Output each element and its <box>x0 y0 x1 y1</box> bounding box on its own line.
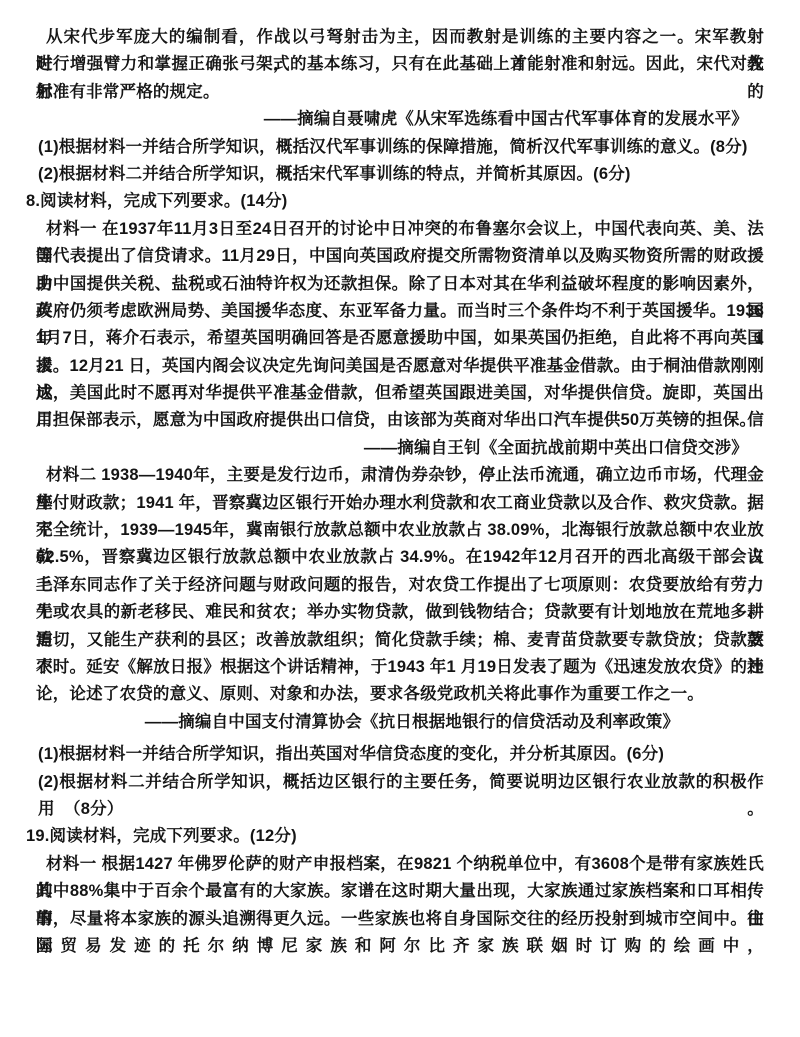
text-line: 62.5%，晋察冀边区银行放款总额中农业放款占 34.9%。在1942年12月召… <box>36 544 764 571</box>
text-line: 农时。延安《解放日报》根据这个讲话精神，于1943 年1 月19日发表了题为《迅… <box>36 654 764 681</box>
text-line: 材料二 1938—1940年，主要是发行边币，肃清伪券杂钞，停止法币流通，确立边… <box>36 462 764 489</box>
question-19-material-1: 材料一 根据1427 年佛罗伦萨的财产申报档案，在9821 个纳税单位中，有36… <box>36 851 764 961</box>
text-line: 迫切，又能生产获利的县区；改善放款组织；简化贷款手续；棉、麦青苗贷款要专款贷放；… <box>36 627 764 654</box>
text-line: 国代表提出了信贷请求。11月29日，中国向英国政府提交所需物资清单以及购买物资所… <box>36 243 764 270</box>
text-line: 政府仍须考虑欧洲局势、美国援华态度、东亚军备力量。而当时三个条件均不利于英国援华… <box>36 298 764 325</box>
exam-page: 从宋代步军庞大的编制看，作战以弓弩射击为主，因而教射是训练的主要内容之一。宋军教… <box>0 0 800 1037</box>
question-17-continuation: 从宋代步军庞大的编制看，作战以弓弩射击为主，因而教射是训练的主要内容之一。宋军教… <box>36 24 764 188</box>
text-line: 论，论述了农贷的意义、原则、对象和办法，要求各级党政机关将此事作为重要工作之一。 <box>36 681 764 708</box>
sub-question-2: (2)根据材料二并结合所学知识，概括宋代军事训练的特点，并简析其原因。(6分) <box>38 161 764 188</box>
question-18-items: (1)根据材料一并结合所学知识，指出英国对华信贷态度的变化，并分析其原因。(6分… <box>36 741 764 823</box>
text-line: 进行增强臂力和掌握正确张弓架式的基本练习，只有在此基础上才能射准和射远。因此，宋… <box>36 51 764 78</box>
sub-question-1: (1)根据材料一并结合所学知识，概括汉代军事训练的保障措施，简析汉代军事训练的意… <box>38 134 764 161</box>
source-attribution: ——摘编自王钊《全面抗战前期中英出口信贷交涉》 <box>36 435 764 462</box>
text-line: 际贸易发迹的托尔纳博尼家族和阿尔比齐家族联姻时订购的绘画中， <box>36 933 764 960</box>
question-18: 8.阅读材料，完成下列要求。(14分) 材料一 在1937年11月3日至24日召… <box>36 188 764 823</box>
source-attribution: ——摘编自中国支付清算协会《抗日根据地银行的信贷活动及利率政策》 <box>36 709 764 736</box>
text-line: 用担保部表示，愿意为中国政府提供出口信贷，由该部为英商对华出口汽车提供50万英镑… <box>36 407 764 434</box>
text-line: 其中88%集中于百余个最富有的大家族。家谱在这时期大量出现，大家族通过家族档案和… <box>36 878 764 905</box>
text-line: 从宋代步军庞大的编制看，作战以弓弩射击为主，因而教射是训练的主要内容之一。宋军教… <box>36 24 764 51</box>
text-line: 材料一 根据1427 年佛罗伦萨的财产申报档案，在9821 个纳税单位中，有36… <box>36 851 764 878</box>
question-18-material-1: 材料一 在1937年11月3日至24日召开的讨论中日冲突的布鲁塞尔会议上，中国代… <box>36 216 764 463</box>
sub-question-1: (1)根据材料一并结合所学知识，指出英国对华信贷态度的变化，并分析其原因。(6分… <box>38 741 764 768</box>
question-18-material-2: 材料二 1938—1940年，主要是发行边币，肃清伪券杂钞，停止法币流通，确立边… <box>36 462 764 736</box>
text-line: 垫付财政款；1941 年，晋察冀边区银行开始办理水利贷款和农工商业贷款以及合作、… <box>36 490 764 517</box>
text-line: 1月7日，蒋介石表示，希望英国明确回答是否愿意援助中国，如果英国仍拒绝，自此将不… <box>36 325 764 352</box>
question-header: 19.阅读材料，完成下列要求。(12分) <box>26 823 764 850</box>
text-line: 援。12月21 日，英国内阁会议决定先询问美国是否愿意对华提供平准基金借款。由于… <box>36 353 764 380</box>
sub-question-2: (2)根据材料二并结合所学知识，概括边区银行的主要任务，简要说明边区银行农业放款… <box>38 769 764 796</box>
text-line: 事，尽量将本家族的源头追溯得更久远。一些家族也将自身国际交往的经历投射到城市空间… <box>36 906 764 933</box>
source-attribution: ——摘编自聂啸虎《从宋军选练看中国古代军事体育的发展水平》 <box>36 106 764 133</box>
text-line: 毛泽东同志作了关于经济问题与财政问题的报告，对农贷工作提出了七项原则：农贷要放给… <box>36 572 764 599</box>
text-line: 牛或农具的新老移民、难民和贫农；举办实物贷款，做到钱物结合；贷款要有计划地放在荒… <box>36 599 764 626</box>
text-line: 完全统计，1939—1945年，冀南银行放款总额中农业放款占 38.09%，北海… <box>36 517 764 544</box>
question-header: 8.阅读材料，完成下列要求。(14分) <box>26 188 764 215</box>
text-line: 材料一 在1937年11月3日至24日召开的讨论中日冲突的布鲁塞尔会议上，中国代… <box>36 216 764 243</box>
text-line: 成，美国此时不愿再对华提供平准基金借款，但希望英国跟进美国，对华提供信贷。旋即，… <box>36 380 764 407</box>
question-19: 19.阅读材料，完成下列要求。(12分) 材料一 根据1427 年佛罗伦萨的财产… <box>36 823 764 960</box>
text-line: 由中国提供关税、盐税或石油特许权为还款担保。除了日本对其在华利益破坏程度的影响因… <box>36 271 764 298</box>
